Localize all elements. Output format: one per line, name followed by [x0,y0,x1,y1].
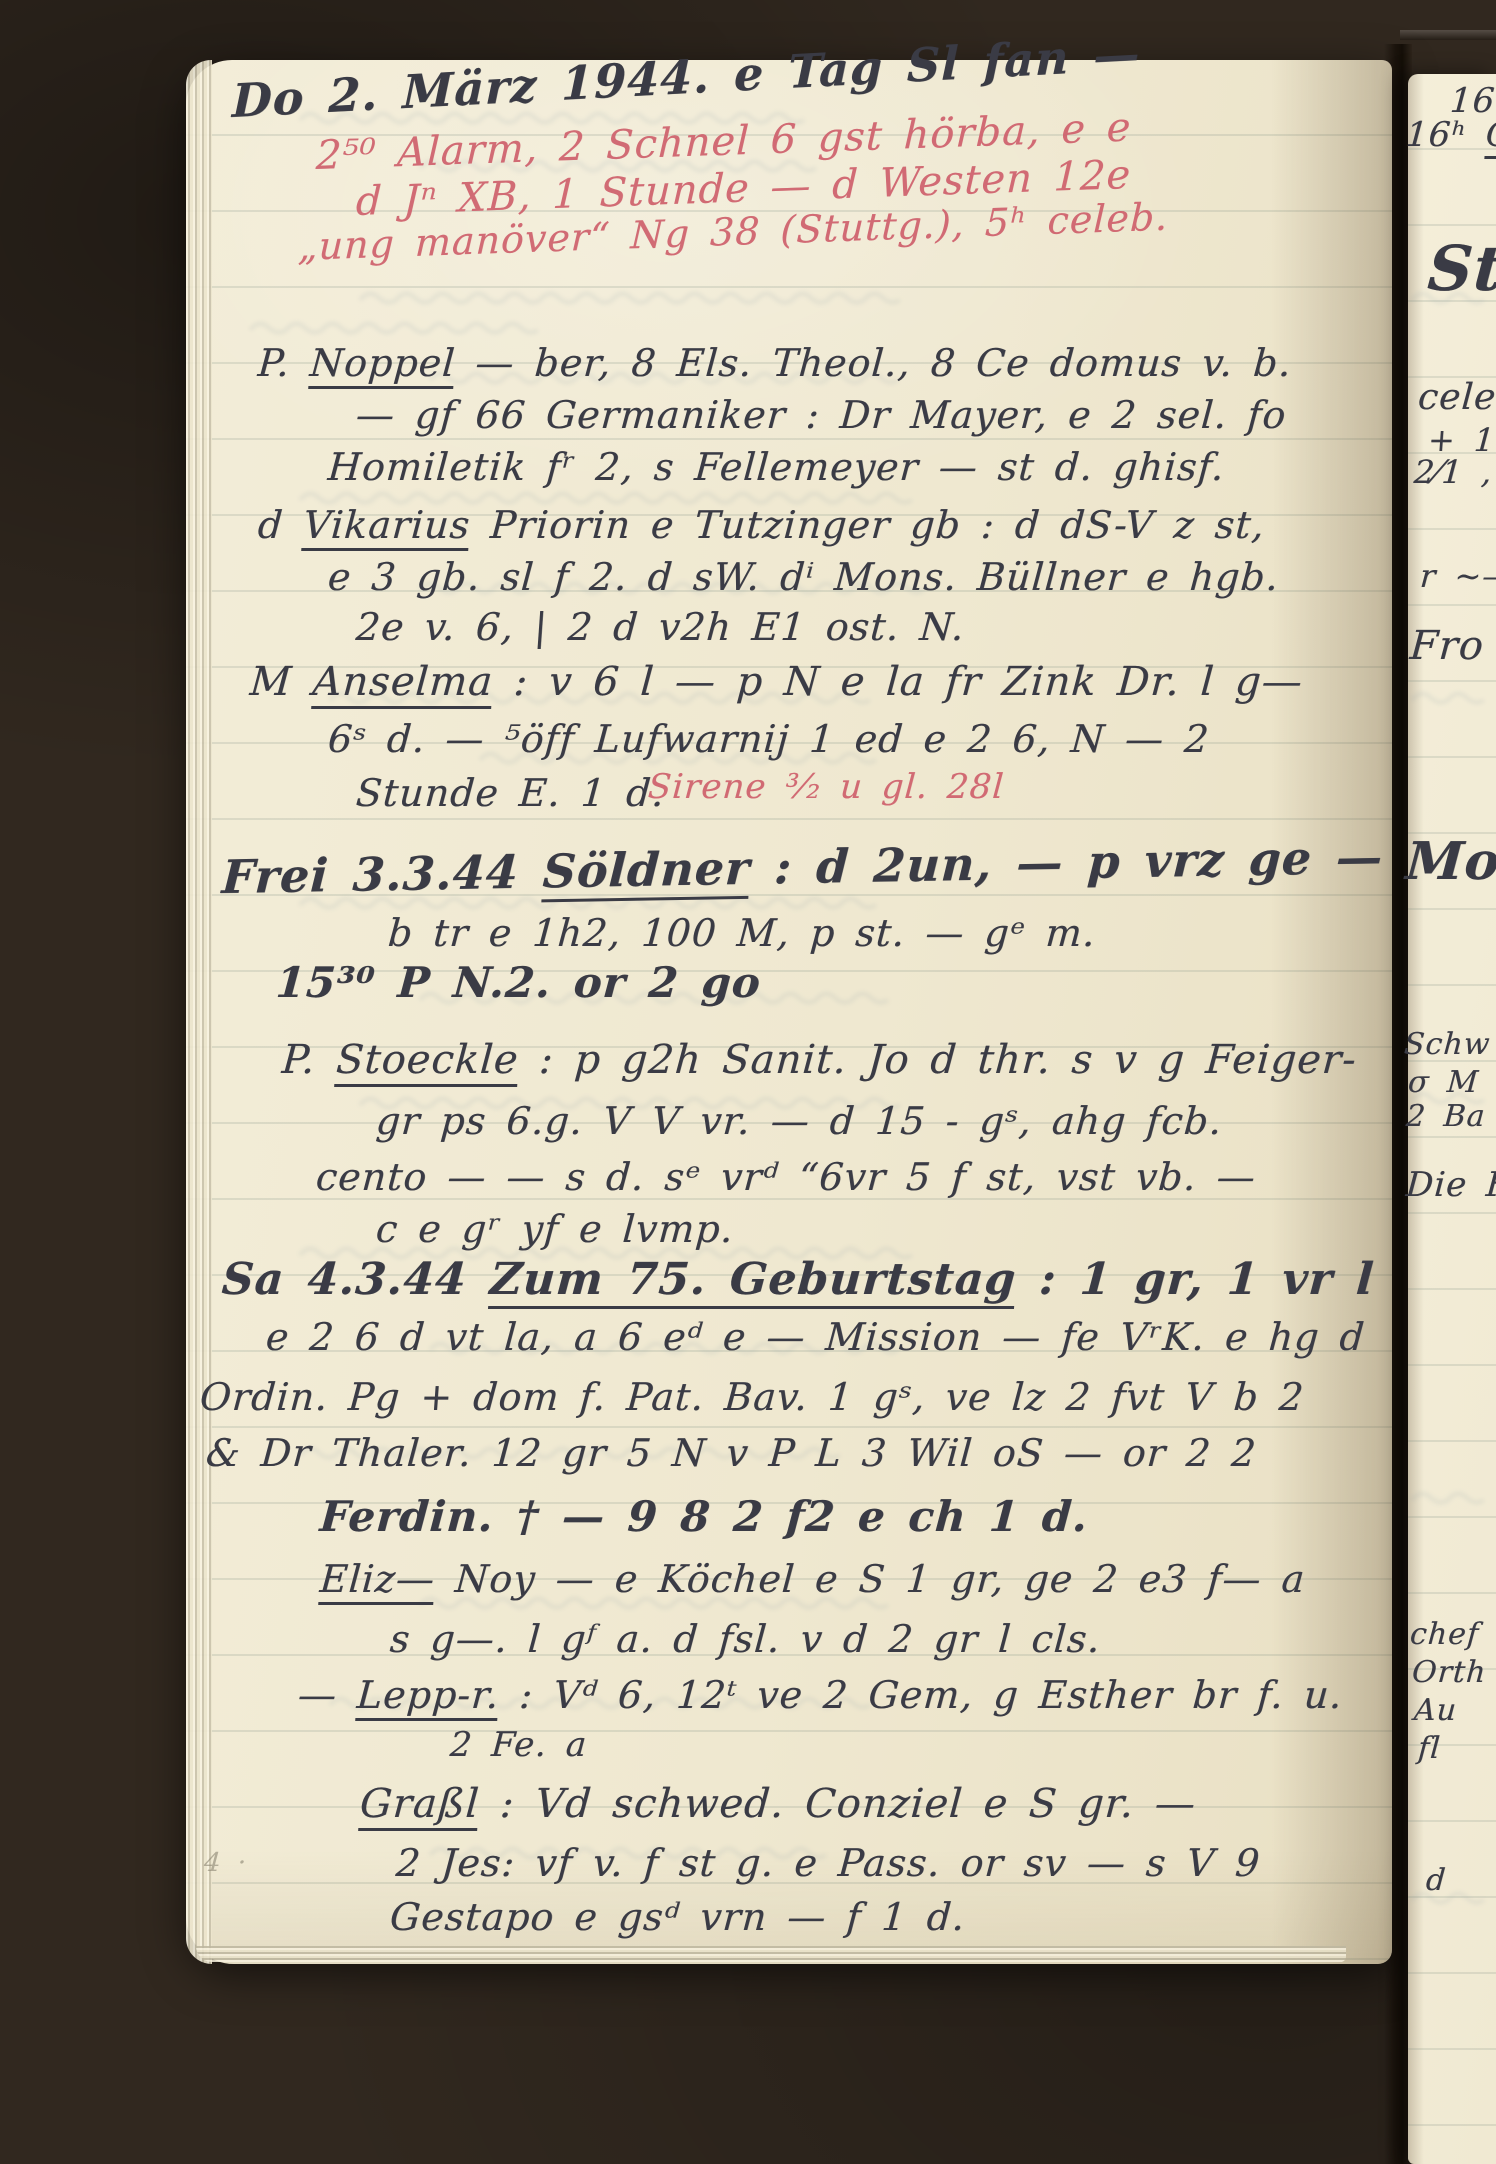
handwriting-line: — Lepp-r. : Vᵈ 6, 12ᵗ ve 2 Gem, g Esther… [297,1676,1344,1714]
handwriting-line: Sirene ³⁄₂ u gl. 28l [647,770,1006,804]
handwriting-line: Sa 4.3.44 Zum 75. Geburtstag : 1 gr, 1 v… [220,1258,1375,1302]
handwriting-line: gr ps 6.g. V V vr. — d 15 - gˢ, ahg fcb. [375,1102,1224,1140]
handwriting-line: 2⁄1 , [1413,456,1494,488]
handwriting-line: b tr e 1h2, 100 M, p st. — gᵉ m. [387,914,1097,952]
handwriting-line: Ordin. Pg + dom f. Pat. Bav. 1 gˢ, ve lz… [199,1378,1306,1416]
handwriting-line: M Anselma : v 6 l — p N e la fr Zink Dr.… [249,662,1305,702]
handwriting-line: r ~— [1419,560,1496,592]
handwriting-line: + 1: [1427,424,1496,456]
handwriting-line: P. Noppel — ber, 8 Els. Theol., 8 Ce dom… [257,344,1293,382]
handwriting-line: Die F [1405,1168,1496,1202]
handwriting-line: Eliz— Noy — e Köchel e S 1 gr, ge 2 e3 f… [319,1560,1307,1598]
handwriting-line: Graßl : Vd schwed. Conziel e S gr. — [359,1784,1198,1824]
handwriting-line: Fro [1409,626,1486,666]
handwriting-line: Homiletik fʳ 2, s Fellemeyer — st d. ghi… [327,448,1226,486]
handwriting-line: e 3 gb. sl f 2. d sW. dⁱ Mons. Büllner e… [327,558,1281,596]
handwriting-line: c e gʳ yf e lvmp. [375,1210,735,1248]
notebook-photo: { "document": { "description_heading": "… [0,0,1496,2164]
handwriting-line: 2 Ba [1405,1102,1487,1132]
handwriting-line: cele [1417,380,1496,416]
handwriting-line: e 2 6 d vt la, a 6 eᵈ e — Mission — fe V… [265,1318,1367,1356]
handwriting-line: Gestapo e gsᵈ vrn — f 1 d. [389,1898,967,1936]
handwriting-line: σ M [1407,1068,1480,1098]
handwriting-line: 15³⁰ P N.2. or 2 go [275,962,763,1004]
handwriting-line: 2 Jes: vf v. f st g. e Pass. or sv — s V… [395,1844,1262,1882]
handwriting-layer: Do 2. März 1944. e Tag Sl fan —2⁵⁰ Alarm… [0,0,1496,2164]
handwriting-line: & Dr Thaler. 12 gr 5 N v P L 3 Wil oS — … [205,1434,1258,1472]
handwriting-line: d [1425,1866,1447,1896]
handwriting-line: s g—. l gᶠ a. d fsl. v d 2 gr l cls. [389,1620,1102,1658]
handwriting-line: Ferdin. † — 9 8 2 f2 e ch 1 d. [319,1496,1090,1538]
handwriting-line: — gf 66 Germaniker : Dr Mayer, e 2 sel. … [355,396,1288,434]
handwriting-line: d Vikarius Priorin e Tutzinger gb : d dS… [257,506,1266,544]
handwriting-line: 4 · [203,1850,248,1876]
handwriting-line: Orth [1411,1658,1487,1688]
handwriting-line: 6ˢ d. — ⁵öff Lufwarnij 1 ed e 2 6, N — 2 [327,720,1211,758]
handwriting-line: 2e v. 6, | 2 d v2h E1 ost. N. [355,608,966,646]
handwriting-line: Mo ( [1404,836,1496,888]
handwriting-line: cento — — s d. sᵉ vrᵈ “6vr 5 f st, vst v… [315,1158,1257,1196]
handwriting-line: Stunde E. 1 d. [355,774,666,812]
handwriting-line: 16ʰ O [1405,118,1496,152]
handwriting-line: P. Stoeckle : p g2h Sanit. Jo d thr. s v… [281,1040,1358,1080]
handwriting-line: Frei 3.3.44 Söldner : d 2un, — p vrz ge … [221,834,1385,900]
handwriting-line: 16 [1449,84,1496,118]
handwriting-line: 2 Fe. a [449,1728,589,1762]
handwriting-line: Au [1413,1696,1458,1726]
handwriting-line: St [1426,238,1496,300]
handwriting-line: chef [1409,1620,1480,1650]
handwriting-line: fl [1417,1734,1442,1764]
handwriting-line: Schw [1403,1030,1491,1060]
